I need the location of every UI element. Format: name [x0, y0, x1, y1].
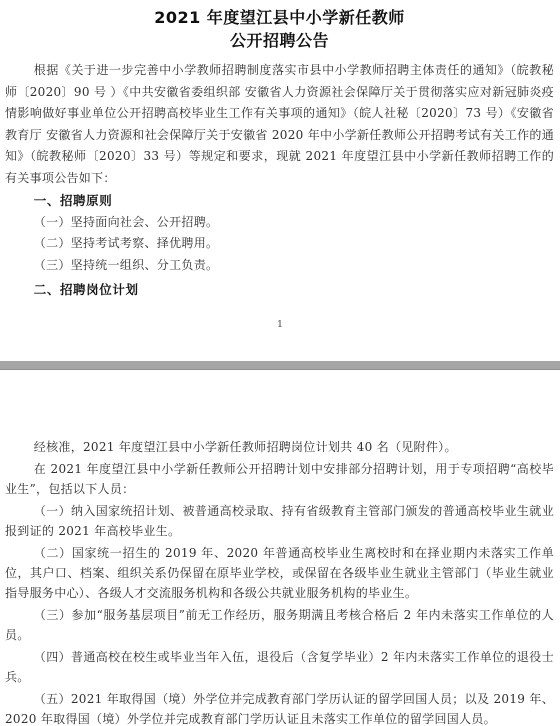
plan-total-paragraph: 经核准，2021 年度望江县中小学新任教师招聘岗位计划共 40 名（见附件）。	[5, 437, 554, 457]
special-recruitment-paragraph: 在 2021 年度望江县中小学新任教师公开招聘计划中安排部分招聘计划，用于专项招…	[5, 459, 554, 499]
eligibility-item-5: （五）2021 年取得国（境）外学位并完成教育部门学历认证的留学回国人员；以及 …	[5, 689, 554, 726]
eligibility-item-4: （四）普通高校在校生或毕业当年入伍，退役后（含复学毕业）2 年内未落实工作单位的…	[5, 647, 554, 687]
page-number: 1	[0, 319, 560, 330]
document-page-2: 经核准，2021 年度望江县中小学新任教师招聘岗位计划共 40 名（见附件）。 …	[0, 370, 560, 726]
document-title: 2021 年度望江县中小学新任教师 公开招聘公告	[5, 6, 554, 52]
eligibility-item-3: （三）参加“服务基层项目”前无工作经历，服务期满且考核合格后 2 年内未落实工作…	[5, 605, 554, 645]
principle-item-2: （二）坚持考试考察、择优聘用。	[5, 233, 554, 255]
title-line-2: 公开招聘公告	[5, 29, 554, 52]
section-heading-recruitment-principles: 一、招聘原则	[5, 190, 554, 212]
document-page-1: 2021 年度望江县中小学新任教师 公开招聘公告 根据《关于进一步完善中小学教师…	[0, 0, 560, 361]
principle-item-3: （三）坚持统一组织、分工负责。	[5, 255, 554, 277]
section-heading-recruitment-plan: 二、招聘岗位计划	[5, 279, 554, 301]
page-divider	[0, 361, 560, 370]
eligibility-item-1: （一）纳入国家统招计划、被普通高校录取、持有省级教育主管部门颁发的普通高校毕业生…	[5, 501, 554, 541]
principle-item-1: （一）坚持面向社会、公开招聘。	[5, 212, 554, 234]
document-viewer: 2021 年度望江县中小学新任教师 公开招聘公告 根据《关于进一步完善中小学教师…	[0, 0, 560, 726]
title-line-1: 2021 年度望江县中小学新任教师	[5, 6, 554, 29]
eligibility-item-2: （二）国家统一招生的 2019 年、2020 年普通高校毕业生离校时和在择业期内…	[5, 543, 554, 603]
intro-paragraph: 根据《关于进一步完善中小学教师招聘制度落实市县中小学教师招聘主体责任的通知》（皖…	[5, 60, 554, 189]
